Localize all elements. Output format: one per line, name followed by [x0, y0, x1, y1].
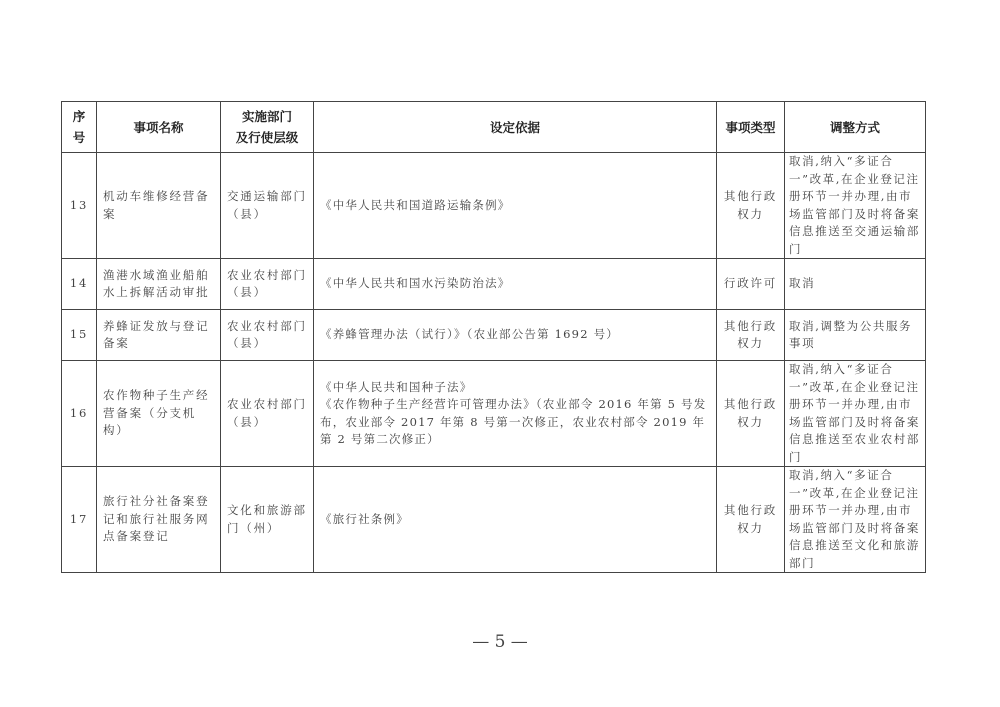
header-dept-line1: 实施部门 — [242, 109, 292, 124]
cell-basis: 《养蜂管理办法（试行）》（农业部公告第 1692 号） — [314, 310, 717, 361]
cell-basis: 《中华人民共和国道路运输条例》 — [314, 153, 717, 259]
header-type: 事项类型 — [717, 102, 785, 153]
header-no: 序 号 — [62, 102, 97, 153]
cell-name: 渔港水域渔业船舶水上拆解活动审批 — [97, 259, 221, 310]
basis-line: 《中华人民共和国水污染防治法》 — [320, 275, 710, 293]
cell-name: 机动车维修经营备案 — [97, 153, 221, 259]
header-adjust: 调整方式 — [785, 102, 926, 153]
cell-dept: 农业农村部门（县） — [221, 310, 314, 361]
cell-type: 其他行政权力 — [717, 310, 785, 361]
cell-basis: 《中华人民共和国水污染防治法》 — [314, 259, 717, 310]
table-header-row: 序 号 事项名称 实施部门 及行使层级 设定依据 事项类型 调整方式 — [62, 102, 926, 153]
header-dept-line2: 及行使层级 — [236, 130, 299, 145]
cell-no: 14 — [62, 259, 97, 310]
cell-type: 行政许可 — [717, 259, 785, 310]
header-no-line1: 序 — [73, 109, 86, 124]
cell-dept: 农业农村部门（县） — [221, 259, 314, 310]
header-name: 事项名称 — [97, 102, 221, 153]
cell-dept: 文化和旅游部门（州） — [221, 467, 314, 573]
cell-adjust: 取消,纳入“多证合一”改革,在企业登记注册环节一并办理,由市场监管部门及时将备案… — [785, 361, 926, 467]
basis-line: 《中华人民共和国种子法》 — [320, 379, 710, 397]
cell-name: 养蜂证发放与登记备案 — [97, 310, 221, 361]
table-row: 17 旅行社分社备案登记和旅行社服务网点备案登记 文化和旅游部门（州） 《旅行社… — [62, 467, 926, 573]
header-basis: 设定依据 — [314, 102, 717, 153]
cell-adjust: 取消 — [785, 259, 926, 310]
basis-line: 《养蜂管理办法（试行）》（农业部公告第 1692 号） — [320, 326, 710, 344]
basis-line: 《旅行社条例》 — [320, 511, 710, 529]
cell-adjust: 取消,纳入“多证合一”改革,在企业登记注册环节一并办理,由市场监管部门及时将备案… — [785, 153, 926, 259]
cell-no: 17 — [62, 467, 97, 573]
adjustment-items-table: 序 号 事项名称 实施部门 及行使层级 设定依据 事项类型 调整方式 13 机动… — [61, 101, 926, 573]
table-row: 15 养蜂证发放与登记备案 农业农村部门（县） 《养蜂管理办法（试行）》（农业部… — [62, 310, 926, 361]
cell-adjust: 取消,纳入“多证合一”改革,在企业登记注册环节一并办理,由市场监管部门及时将备案… — [785, 467, 926, 573]
cell-basis: 《中华人民共和国种子法》 《农作物种子生产经营许可管理办法》（农业部令 2016… — [314, 361, 717, 467]
cell-type: 其他行政权力 — [717, 153, 785, 259]
cell-dept: 农业农村部门（县） — [221, 361, 314, 467]
cell-name: 农作物种子生产经营备案（分支机构） — [97, 361, 221, 467]
cell-type: 其他行政权力 — [717, 361, 785, 467]
cell-no: 16 — [62, 361, 97, 467]
cell-basis: 《旅行社条例》 — [314, 467, 717, 573]
cell-no: 15 — [62, 310, 97, 361]
page-number: — 5 — — [0, 632, 1000, 652]
table-row: 13 机动车维修经营备案 交通运输部门（县） 《中华人民共和国道路运输条例》 其… — [62, 153, 926, 259]
table-row: 16 农作物种子生产经营备案（分支机构） 农业农村部门（县） 《中华人民共和国种… — [62, 361, 926, 467]
cell-type: 其他行政权力 — [717, 467, 785, 573]
basis-line: 《中华人民共和国道路运输条例》 — [320, 197, 710, 215]
basis-line: 《农作物种子生产经营许可管理办法》（农业部令 2016 年第 5 号发布，农业部… — [320, 396, 710, 449]
cell-adjust: 取消,调整为公共服务事项 — [785, 310, 926, 361]
header-dept: 实施部门 及行使层级 — [221, 102, 314, 153]
header-no-line2: 号 — [73, 130, 86, 145]
cell-no: 13 — [62, 153, 97, 259]
table-row: 14 渔港水域渔业船舶水上拆解活动审批 农业农村部门（县） 《中华人民共和国水污… — [62, 259, 926, 310]
cell-dept: 交通运输部门（县） — [221, 153, 314, 259]
cell-name: 旅行社分社备案登记和旅行社服务网点备案登记 — [97, 467, 221, 573]
